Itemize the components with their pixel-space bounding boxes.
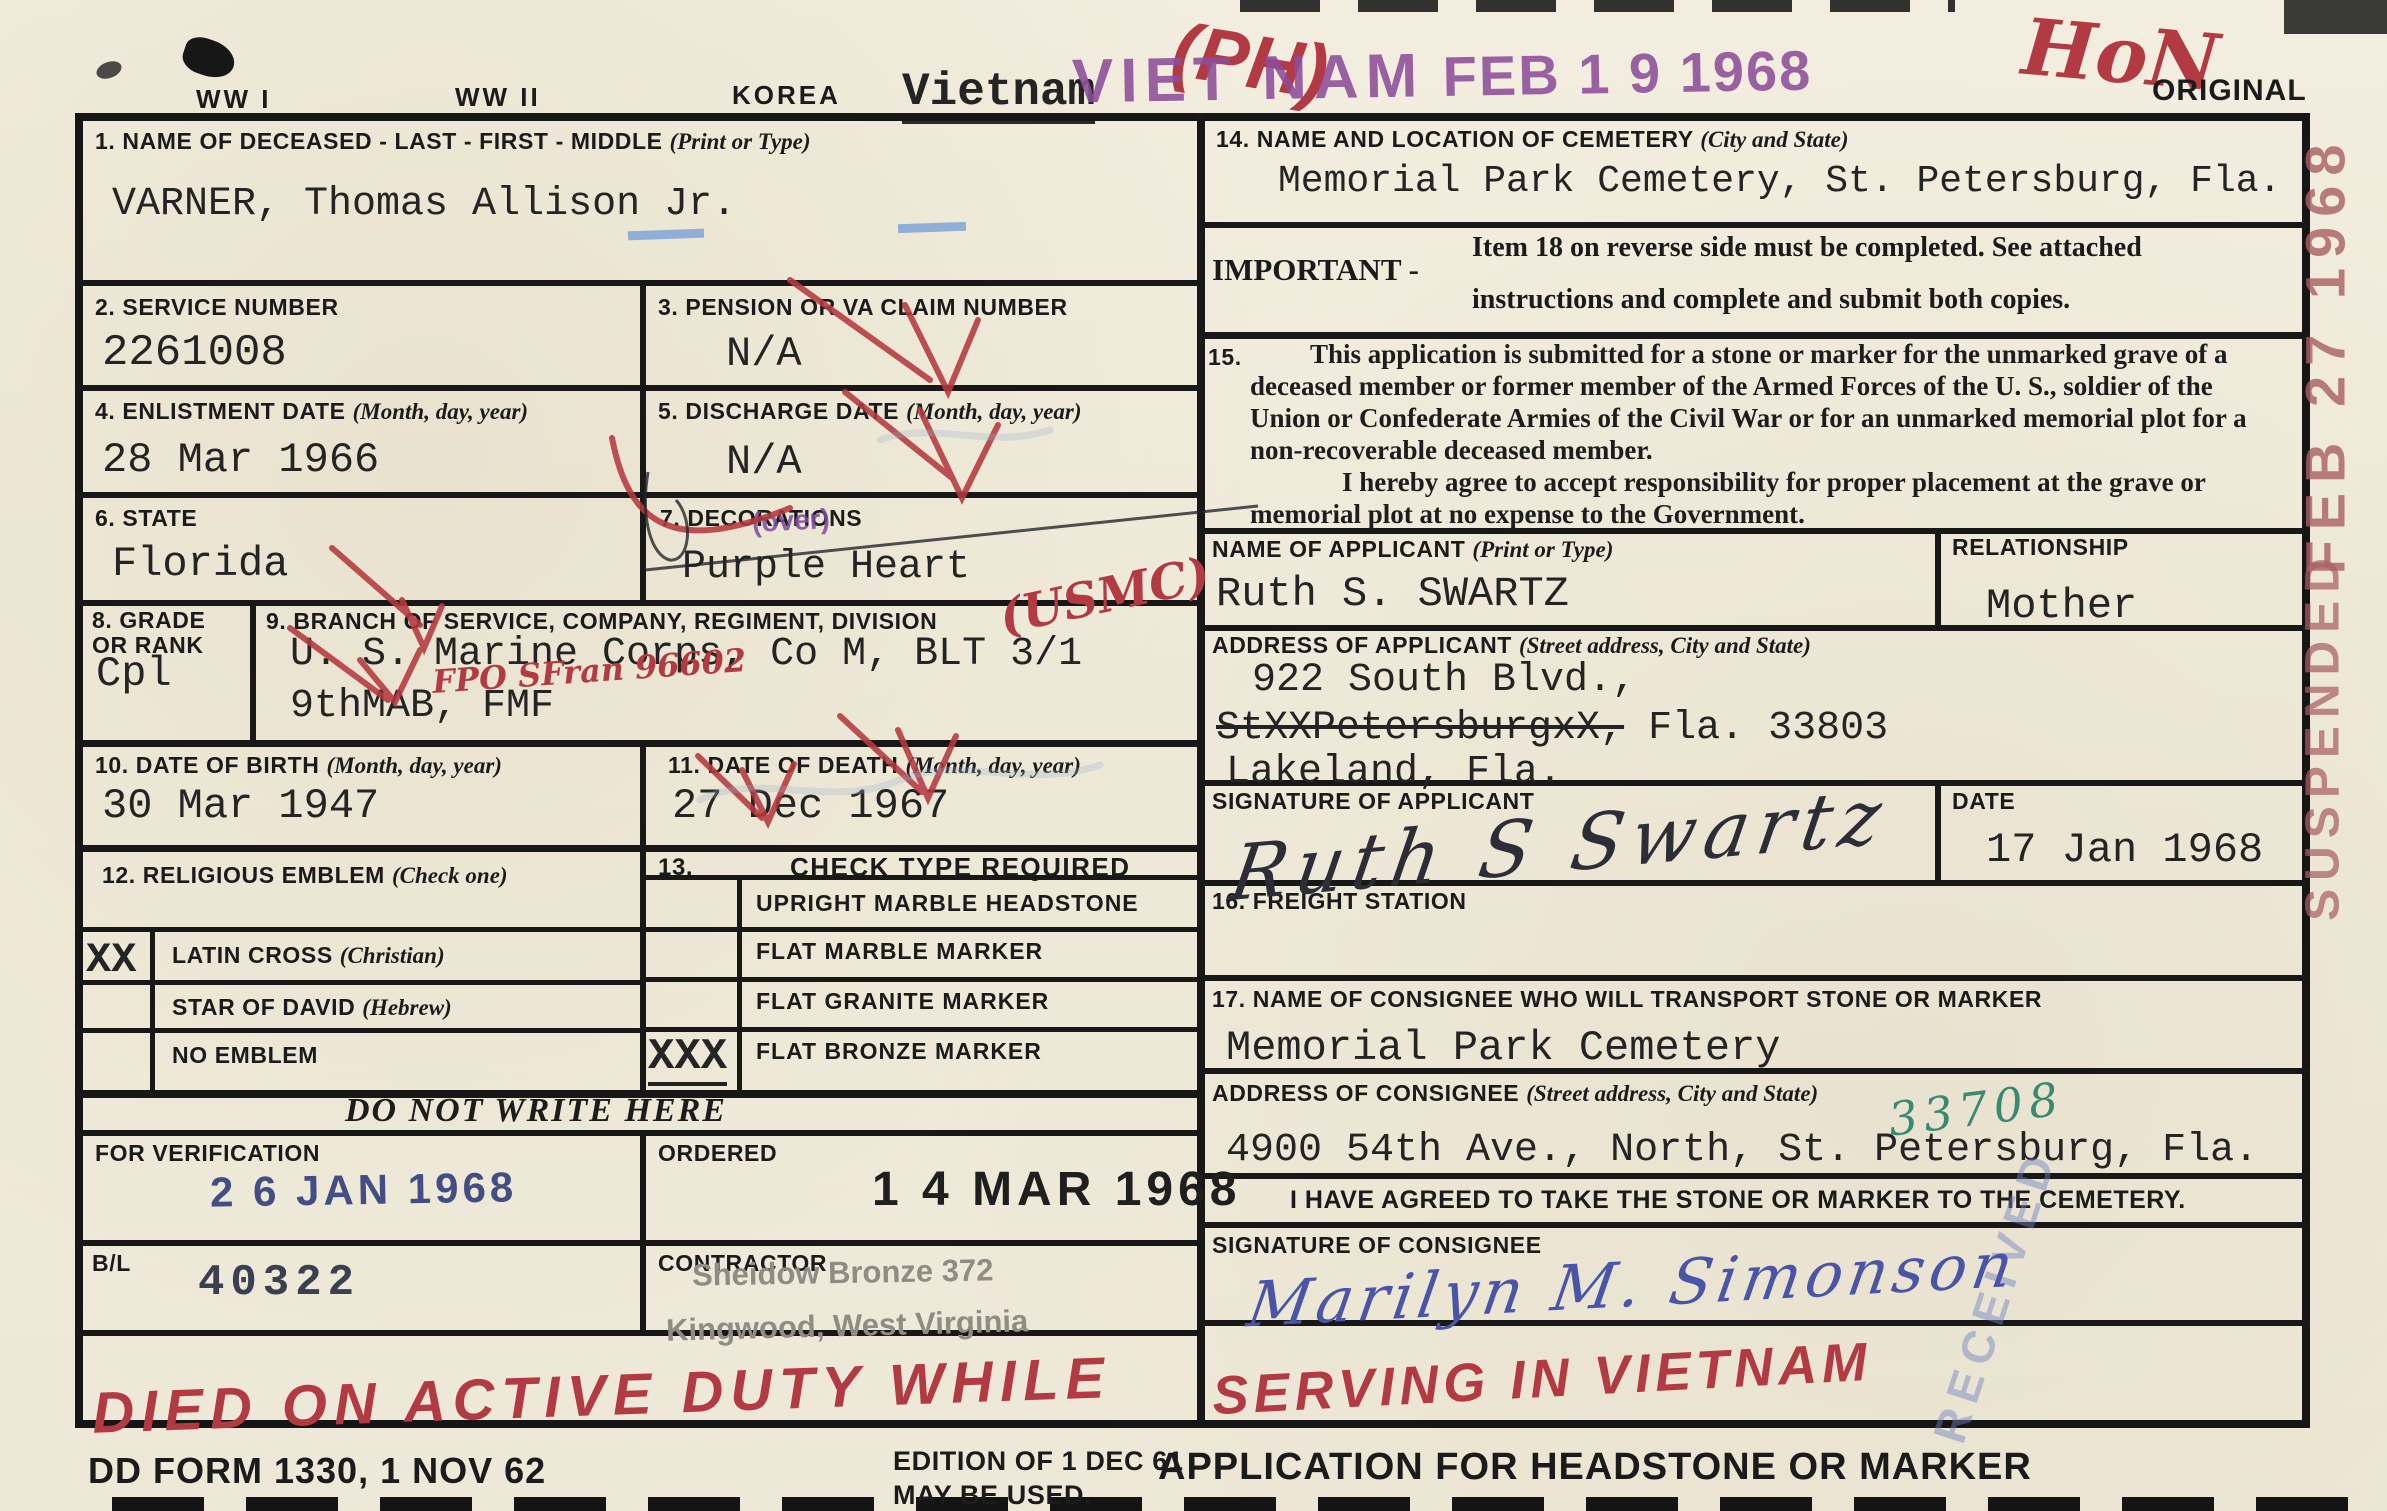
applicant-address-line3: Lakeland, Fla.	[1226, 750, 1562, 795]
headstone-application-form: WW I WW II KOREA Vietnam (PH) VIET NAM F…	[0, 0, 2387, 1511]
red-checkmark	[898, 730, 956, 798]
pen-strike-line	[645, 506, 1258, 570]
ink-bleedthrough-ghosts	[700, 430, 1100, 800]
red-checkmarks	[290, 280, 998, 822]
red-check-shaft	[290, 628, 388, 700]
black-pen-scribbles	[645, 472, 1258, 570]
red-check-shaft	[790, 280, 930, 380]
annotation-marks-overlay	[0, 0, 2387, 1511]
red-curve-mark	[612, 438, 790, 530]
red-checkmark	[742, 764, 794, 822]
red-checkmark	[360, 650, 420, 702]
red-checkmark	[920, 410, 998, 498]
red-checkmark	[905, 305, 978, 392]
